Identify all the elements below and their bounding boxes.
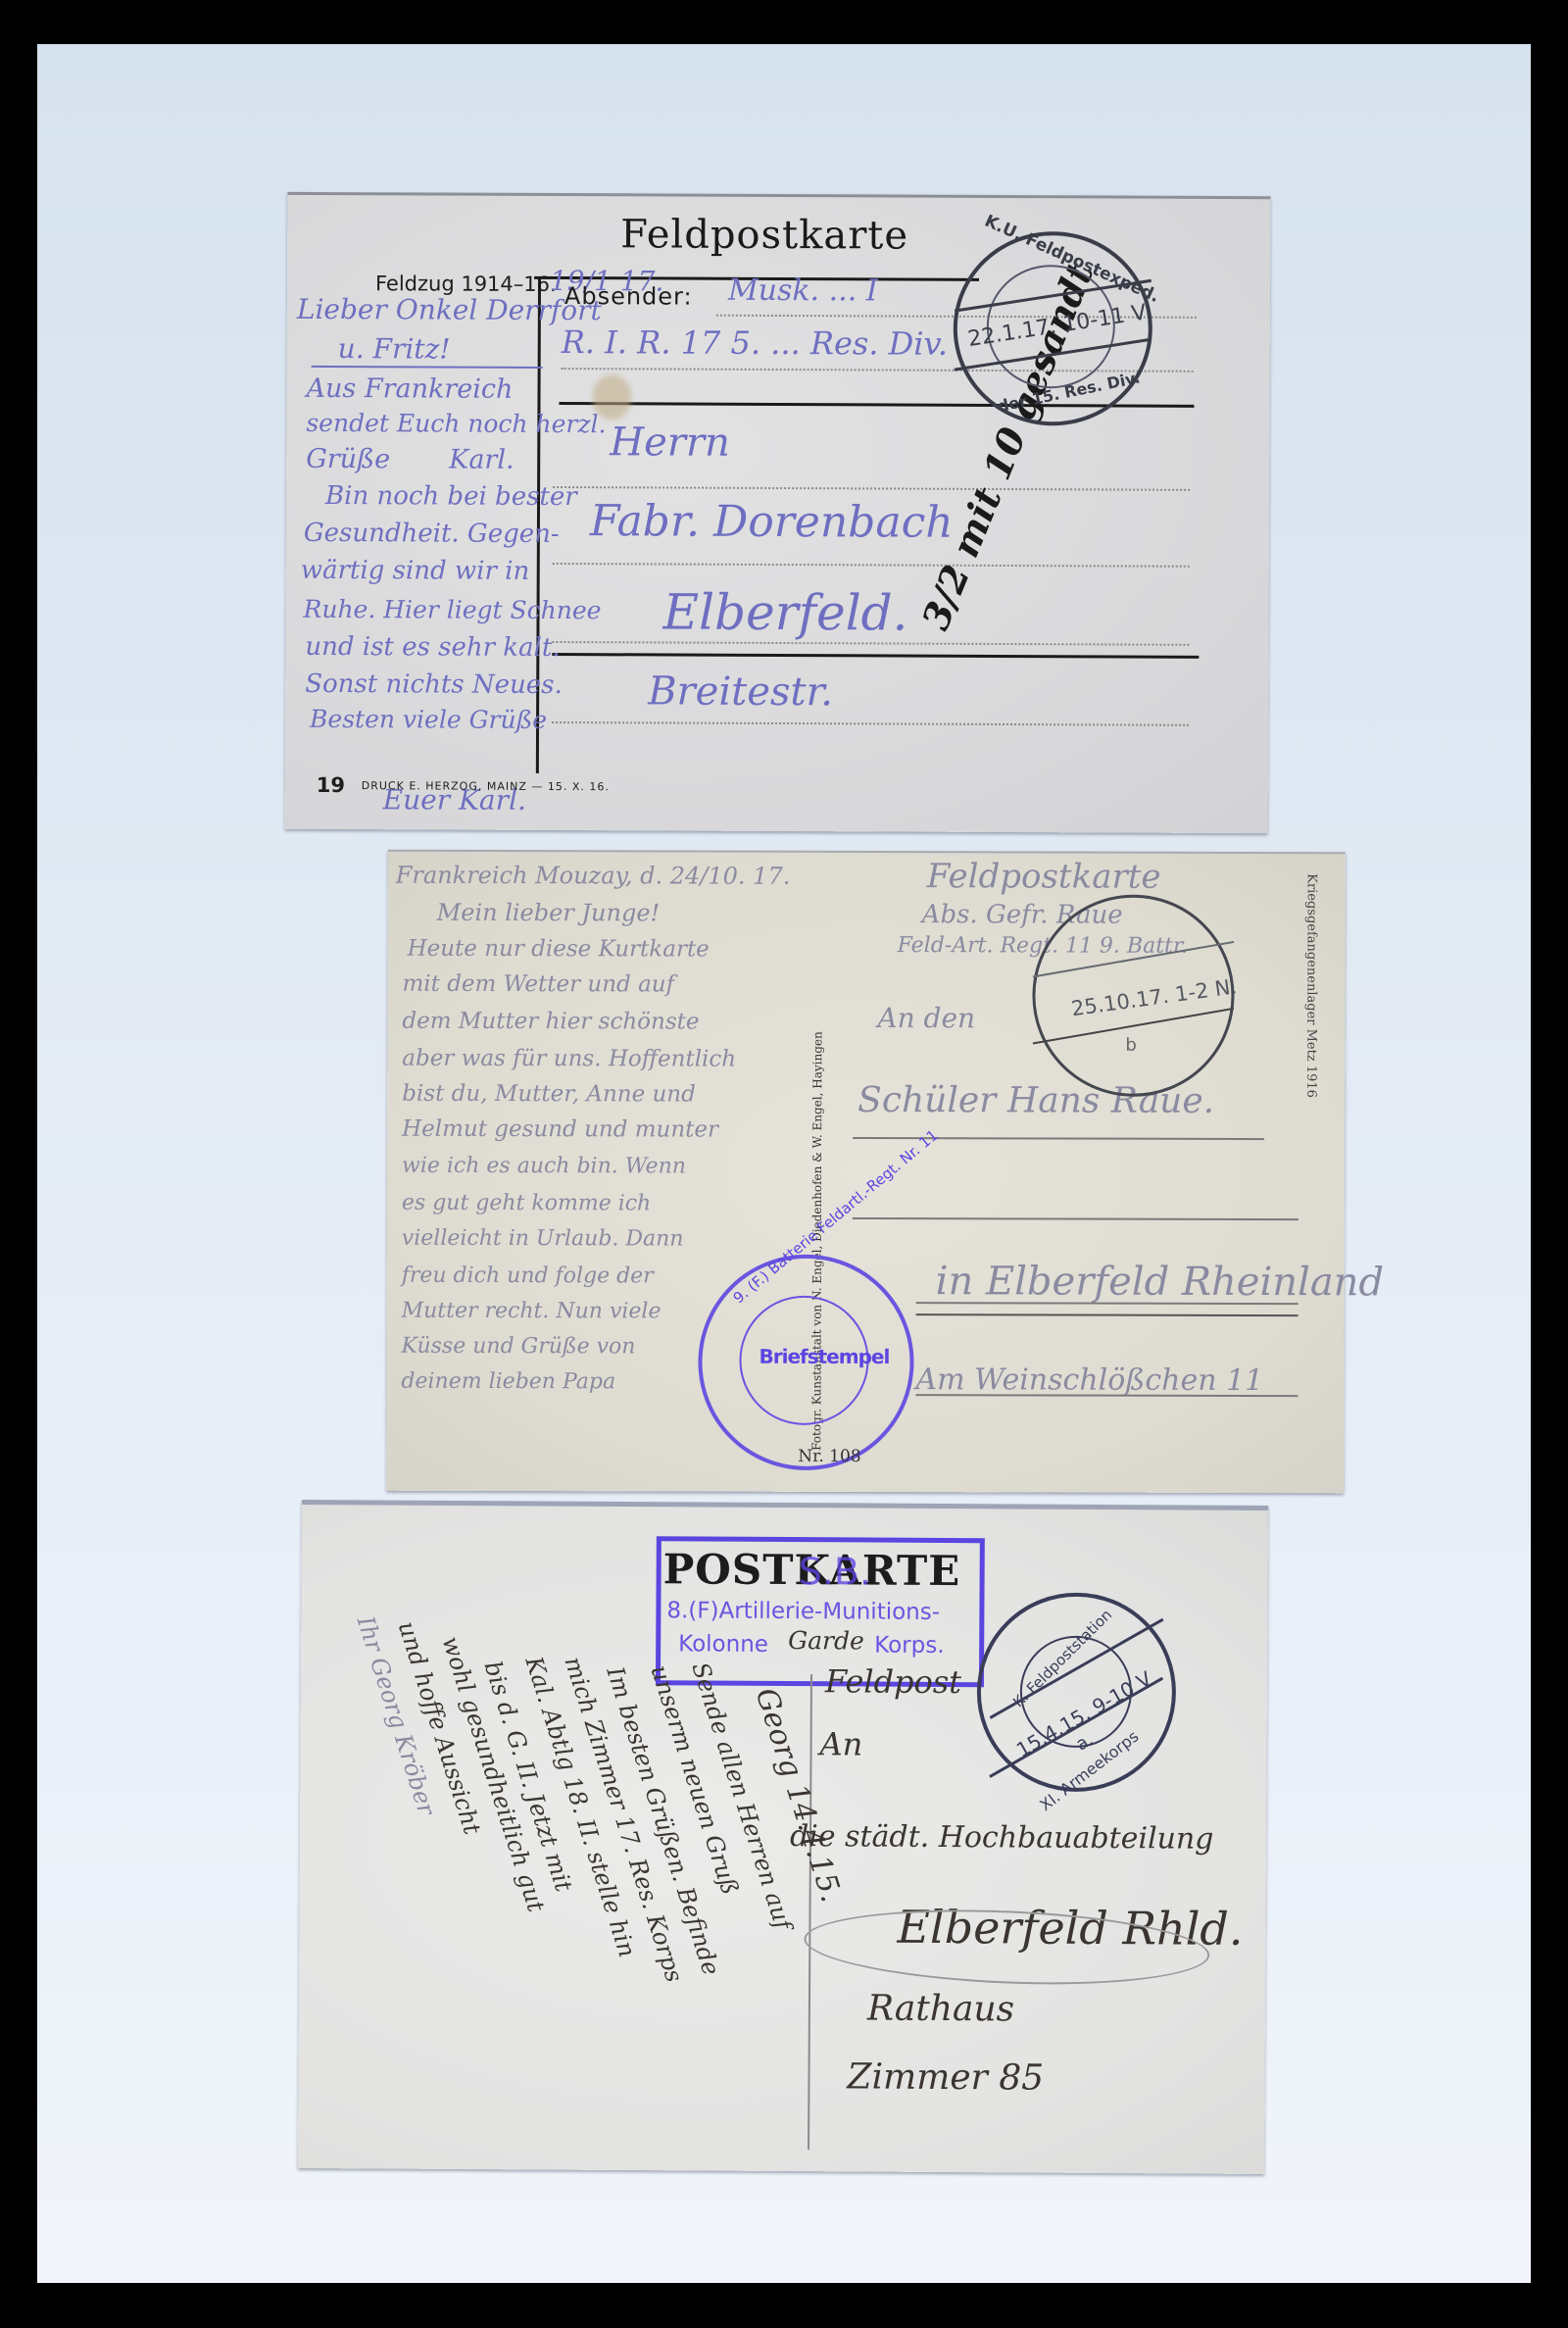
box-stamp-line1: 8.(F)Artillerie-Munitions- [666,1598,940,1625]
address-line: Am Weinschlößchen 11 [915,1362,1263,1398]
postmark-dated: 25.10.17. 1-2 N. b [1032,894,1235,1097]
sender-line: R. I. R. 17 5. ... Res. Div. [562,323,948,363]
postcard-postkarte-1915: POSTKARTE S.B. 8.(F)Artillerie-Munitions… [298,1500,1268,2174]
address-dotline [552,721,1189,726]
address-rule [916,1302,1298,1305]
address-line: Rathaus [867,1989,1014,2030]
vertical-divider [808,1674,812,2150]
address-dotline [552,641,1189,646]
address-line: An [819,1725,862,1762]
feldpost-handwritten: Feldpost [825,1662,961,1701]
message-line: Lieber Onkel Derrfort [297,293,602,326]
card-heading-handwritten: Feldpostkarte [927,857,1161,897]
message-line: wie ich es auch bin. Wenn [402,1154,686,1179]
address-dotline [553,563,1190,568]
unit-stamp-center-text: Briefstempel [759,1345,889,1368]
message-line: Bin noch bei bester [325,481,577,512]
box-stamp-line2-prefix: Kolonne [678,1631,768,1658]
underline [312,366,543,369]
message-body: Lieber Onkel Derrfort u. Fritz! Aus Fran… [287,195,1270,199]
message-line: vielleicht in Urlaub. Dann [402,1226,684,1252]
message-line: Mein lieber Junge! [437,899,661,927]
message-line: dem Mutter hier schönste [402,1009,699,1035]
message-line: Grüße Karl. [306,444,514,475]
message-line: wärtig sind wir in [301,556,530,586]
address-dotline [553,486,1190,491]
message-line: freu dich und folge der [402,1263,654,1289]
message-line: Heute nur diese Kurtkarte [408,936,710,963]
postmark-bottom-text: b [1125,1035,1136,1056]
sender-line: Musk. ... I [728,273,878,309]
address-line: Fabr. Dorenbach [590,496,954,548]
message-line: Ruhe. Hier liegt Schnee [304,595,602,624]
overprint: S.B. [799,1550,872,1593]
message-line: bist du, Mutter, Anne und [402,1081,696,1108]
printer-line: DRUCK E. HERZOG, MAINZ — 15. X. 16. [362,779,610,793]
message-body: Frankreich Mouzay, d. 24/10. 17. Mein li… [388,852,1346,855]
message-line: Sonst nichts Neues. [305,669,563,700]
postcard-feldpostkarte-mouzay: Feldpostkarte Abs. Gefr. Raue Feld-Art. … [386,850,1346,1494]
card-number: 19 [317,773,345,797]
message-line: Küsse und Grüße von [401,1334,635,1360]
message-line: aber was für uns. Hoffentlich [402,1046,736,1072]
message-line: es gut geht komme ich [402,1191,651,1216]
postcard-feldpostkarte-1917: Feldpostkarte Feldzug 1914–16. 19/1 17. … [285,192,1271,833]
message-line: mit dem Wetter und auf [402,971,674,998]
address-line: Zimmer 85 [847,2056,1044,2098]
card-heading: Feldpostkarte [620,212,908,258]
address-line: An den [877,1002,975,1034]
postmark-date: 25.10.17. 1-2 N. [1070,974,1239,1020]
message-line: sendet Euch noch herzl. [306,409,606,438]
address-rule [916,1313,1298,1316]
card-number: Nr. 108 [798,1447,860,1466]
address-rule [552,653,1199,659]
postmark-feldpoststation: K. Feldpoststation 15.4.15. 9-10 V a. XI… [976,1592,1176,1792]
message-line: Gesundheit. Gegen- [304,519,560,549]
message-line: Besten viele Grüße [310,705,547,734]
campaign-line: Feldzug 1914–16. [375,272,557,296]
address-line: die städt. Hochbauabteilung [790,1819,1214,1857]
message-line: u. Fritz! [338,332,451,366]
edge-vertical-text: Kriegsgefangenenlager Metz 1916 [1302,873,1318,1363]
message-line: Frankreich Mouzay, d. 24/10. 17. [396,862,791,890]
address-line: Elberfeld. [662,583,907,641]
message-line: Helmut gesund und munter [402,1116,718,1143]
address-rule [853,1217,1298,1220]
message-line: und ist es sehr kalt. [305,632,560,663]
address-line: Breitestr. [648,669,833,715]
stain [592,374,631,420]
box-stamp-handwritten: Garde [788,1626,864,1655]
message-line: Aus Frankreich [306,373,513,405]
message-line: deinem lieben Papa [401,1369,615,1395]
address-line: Herrn [610,420,730,466]
postmark-feldpostexped: K.U. Feldpostexped. 22.1.17. 10-11 V der… [953,231,1152,426]
unit-stamp-briefstempel: 9. (F.) Batterie Feldartl.-Regt. Nr. 11 … [698,1255,914,1471]
box-stamp-line2-suffix: Korps. [874,1633,945,1659]
message-line: Mutter recht. Nun viele [402,1299,661,1324]
